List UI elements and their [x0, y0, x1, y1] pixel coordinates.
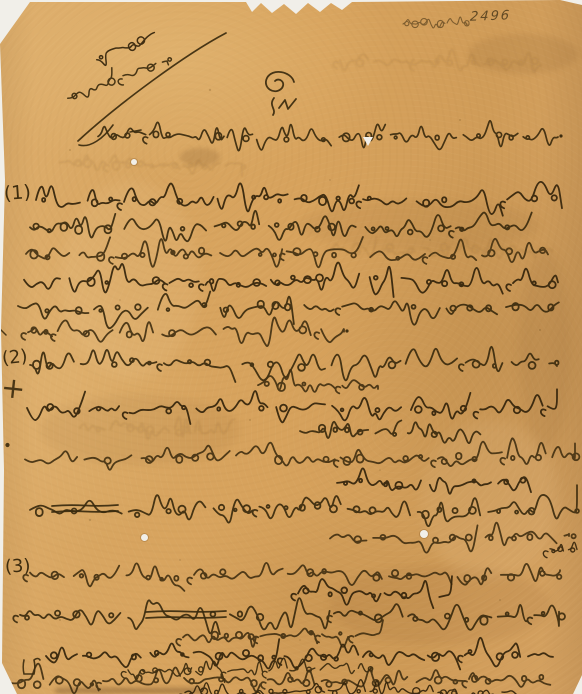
verse2-line4	[300, 421, 480, 444]
margin-dot	[6, 444, 9, 447]
verse2-line1	[30, 347, 558, 382]
verse-number-3: (3)	[5, 557, 31, 576]
verse2-line8	[330, 523, 576, 553]
manuscript-scan: (1) (2) (3) + 2496	[0, 0, 582, 694]
verse1-line5	[18, 292, 559, 329]
verse3-line3	[13, 598, 565, 634]
handwriting-layer	[0, 0, 582, 694]
verse1-line4	[24, 263, 558, 297]
verse2-line6	[337, 468, 531, 493]
bleedthrough-ghost-3	[330, 237, 552, 259]
struck-note-word-1	[95, 32, 159, 68]
strikeout-diagonal-line	[78, 33, 226, 141]
paper-hole	[141, 534, 148, 541]
bleedthrough-ghost-1	[333, 49, 540, 72]
verse1-line3	[26, 237, 548, 267]
verse-number-1: (1)	[3, 183, 31, 204]
bleedthrough-ghost-4	[80, 417, 235, 439]
invocation-mark	[266, 72, 296, 115]
verse1-line2	[30, 211, 532, 241]
verse2-line3	[27, 389, 557, 424]
title-line	[98, 121, 563, 151]
paper-hole	[131, 159, 137, 165]
paper-sheet: (1) (2) (3) + 2496	[0, 0, 582, 694]
corner-note-squiggle	[403, 17, 469, 28]
margin-letter-pa	[23, 659, 40, 675]
bleedthrough-ghost-2	[60, 155, 245, 175]
struck-note-word-2	[63, 47, 174, 106]
margin-plus-mark: +	[0, 373, 27, 404]
verse-number-2: (2)	[1, 348, 28, 369]
verse2-line2	[258, 370, 378, 394]
verse2-line8-tail	[543, 542, 577, 557]
verse3-line2	[291, 576, 452, 608]
edge-tick	[0, 329, 6, 335]
verse3-line1	[23, 563, 561, 591]
paper-hole	[420, 530, 428, 538]
verse1-line1	[36, 182, 562, 216]
verse2-line7	[30, 485, 579, 526]
corner-number: 2496	[470, 9, 512, 23]
verse1-line6	[21, 317, 348, 346]
verse2-line5	[25, 438, 579, 469]
